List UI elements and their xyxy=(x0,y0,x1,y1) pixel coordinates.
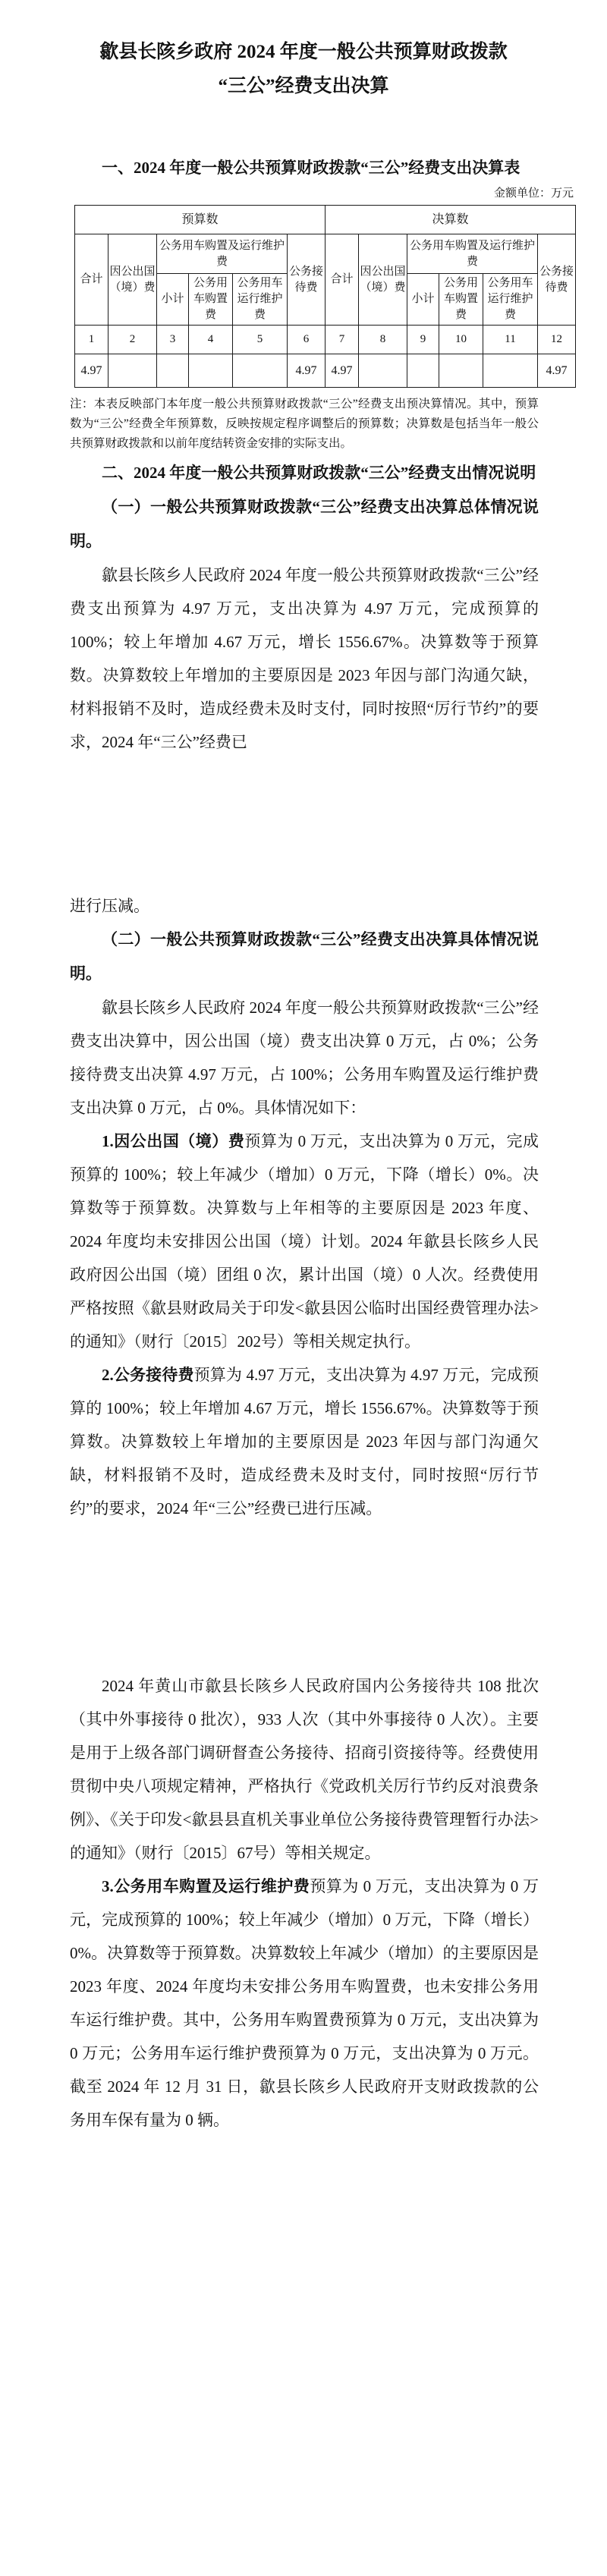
document-title-line2: “三公”经费支出决算 xyxy=(218,76,388,96)
value-abroad-budget xyxy=(109,354,157,388)
col-number: 8 xyxy=(359,326,407,354)
col-number: 7 xyxy=(326,326,359,354)
col-header-total-final: 合计 xyxy=(326,234,359,326)
item1-lead-label: 1.因公出国（境）费 xyxy=(102,1132,244,1150)
col-header-vehicle-operation-budget: 公务用车运行维护费 xyxy=(233,274,288,326)
document-title: 歙县长陔乡政府 2024 年度一般公共预算财政拨款 “三公”经费支出决算 xyxy=(46,0,561,103)
col-number: 3 xyxy=(157,326,189,354)
col-header-vehicle-operation-final: 公务用车运行维护费 xyxy=(483,274,538,326)
item3-text: 预算为 0 万元，支出决算为 0 万元，完成预算的 100%；较上年减少（增加）… xyxy=(70,1877,539,2129)
overall-situation-paragraph-page1: 歙县长陔乡人民政府 2024 年度一般公共预算财政拨款“三公”经费支出预算为 4… xyxy=(70,558,539,759)
item3-lead-label: 3.公务用车购置及运行维护费 xyxy=(102,1877,310,1895)
col-header-reception-final: 公务接待费 xyxy=(538,234,576,326)
col-number: 6 xyxy=(288,326,326,354)
subsection-two-heading: （二）一般公共预算财政拨款“三公”经费支出决算具体情况说明。 xyxy=(70,923,539,991)
table-header-row: 合计 因公出国（境）费 公务用车购置及运行维护费 公务接待费 合计 因公出国（境… xyxy=(75,234,576,274)
col-number: 11 xyxy=(483,326,538,354)
group-header-budget: 预算数 xyxy=(75,206,326,234)
col-header-total-budget: 合计 xyxy=(75,234,109,326)
col-header-abroad-final: 因公出国（境）费 xyxy=(359,234,407,326)
value-vehicle-subtotal-budget xyxy=(157,354,189,388)
page-break-gap xyxy=(0,1525,607,1669)
overall-situation-paragraph-page2: 进行压减。 xyxy=(70,889,539,923)
col-header-abroad-budget: 因公出国（境）费 xyxy=(109,234,157,326)
document-title-line1: 歙县长陔乡政府 2024 年度一般公共预算财政拨款 xyxy=(99,42,508,62)
col-number: 9 xyxy=(407,326,439,354)
value-reception-final: 4.97 xyxy=(538,354,576,388)
col-number: 5 xyxy=(233,326,288,354)
col-number: 1 xyxy=(75,326,109,354)
col-header-reception-budget: 公务接待费 xyxy=(288,234,326,326)
value-abroad-final xyxy=(359,354,407,388)
col-header-vehicle-group-final: 公务用车购置及运行维护费 xyxy=(407,234,538,274)
value-vehicle-purchase-budget xyxy=(189,354,233,388)
table-column-number-row: 1 2 3 4 5 6 7 8 9 10 11 12 xyxy=(75,326,576,354)
item2-text: 预算为 4.97 万元，支出决算为 4.97 万元，完成预算的 100%；较上年… xyxy=(70,1366,539,1518)
section-two-heading: 二、2024 年度一般公共预算财政拨款“三公”经费支出情况说明 xyxy=(70,455,539,490)
document-page: 歙县长陔乡政府 2024 年度一般公共预算财政拨款 “三公”经费支出决算 一、2… xyxy=(0,0,607,2576)
value-total-budget: 4.97 xyxy=(75,354,109,388)
table-value-row: 4.97 4.97 4.97 4.97 xyxy=(75,354,576,388)
col-header-vehicle-purchase-budget: 公务用车购置费 xyxy=(189,274,233,326)
group-header-final: 决算数 xyxy=(326,206,576,234)
detail-intro-paragraph: 歙县长陔乡人民政府 2024 年度一般公共预算财政拨款“三公”经费支出决算中，因… xyxy=(70,991,539,1124)
item1-text: 预算为 0 万元，支出决算为 0 万元，完成预算的 100%；较上年减少（增加）… xyxy=(70,1132,539,1351)
table-note: 注：本表反映部门本年度一般公共预算财政拨款“三公”经费支出预决算情况。其中，预算… xyxy=(70,395,539,454)
col-header-vehicle-subtotal-budget: 小计 xyxy=(157,274,189,326)
value-vehicle-purchase-final xyxy=(439,354,483,388)
col-number: 4 xyxy=(189,326,233,354)
table-unit-label: 金额单位：万元 xyxy=(70,185,574,202)
col-number: 12 xyxy=(538,326,576,354)
item1-abroad-paragraph: 1.因公出国（境）费预算为 0 万元，支出决算为 0 万元，完成预算的 100%… xyxy=(70,1124,539,1358)
table-group-header-row: 预算数 决算数 xyxy=(75,206,576,234)
item2-lead-label: 2.公务接待费 xyxy=(102,1366,194,1384)
page-break-gap xyxy=(0,759,607,889)
value-vehicle-subtotal-final xyxy=(407,354,439,388)
item3-vehicle-paragraph: 3.公务用车购置及运行维护费预算为 0 万元，支出决算为 0 万元，完成预算的 … xyxy=(70,1870,539,2137)
subsection-one-heading: （一）一般公共预算财政拨款“三公”经费支出决算总体情况说明。 xyxy=(70,490,539,558)
col-header-vehicle-purchase-final: 公务用车购置费 xyxy=(439,274,483,326)
value-vehicle-operation-budget xyxy=(233,354,288,388)
col-number: 10 xyxy=(439,326,483,354)
col-number: 2 xyxy=(109,326,157,354)
value-vehicle-operation-final xyxy=(483,354,538,388)
col-header-vehicle-subtotal-final: 小计 xyxy=(407,274,439,326)
value-total-final: 4.97 xyxy=(326,354,359,388)
value-reception-budget: 4.97 xyxy=(288,354,326,388)
section-one-heading: 一、2024 年度一般公共预算财政拨款“三公”经费支出决算表 xyxy=(70,150,539,185)
reception-detail-paragraph: 2024 年黄山市歙县长陔乡人民政府国内公务接待共 108 批次（其中外事接待 … xyxy=(70,1669,539,1870)
three-public-expense-table: 预算数 决算数 合计 因公出国（境）费 公务用车购置及运行维护费 公务接待费 合… xyxy=(74,205,576,388)
col-header-vehicle-group-budget: 公务用车购置及运行维护费 xyxy=(157,234,288,274)
item2-reception-paragraph: 2.公务接待费预算为 4.97 万元，支出决算为 4.97 万元，完成预算的 1… xyxy=(70,1358,539,1525)
